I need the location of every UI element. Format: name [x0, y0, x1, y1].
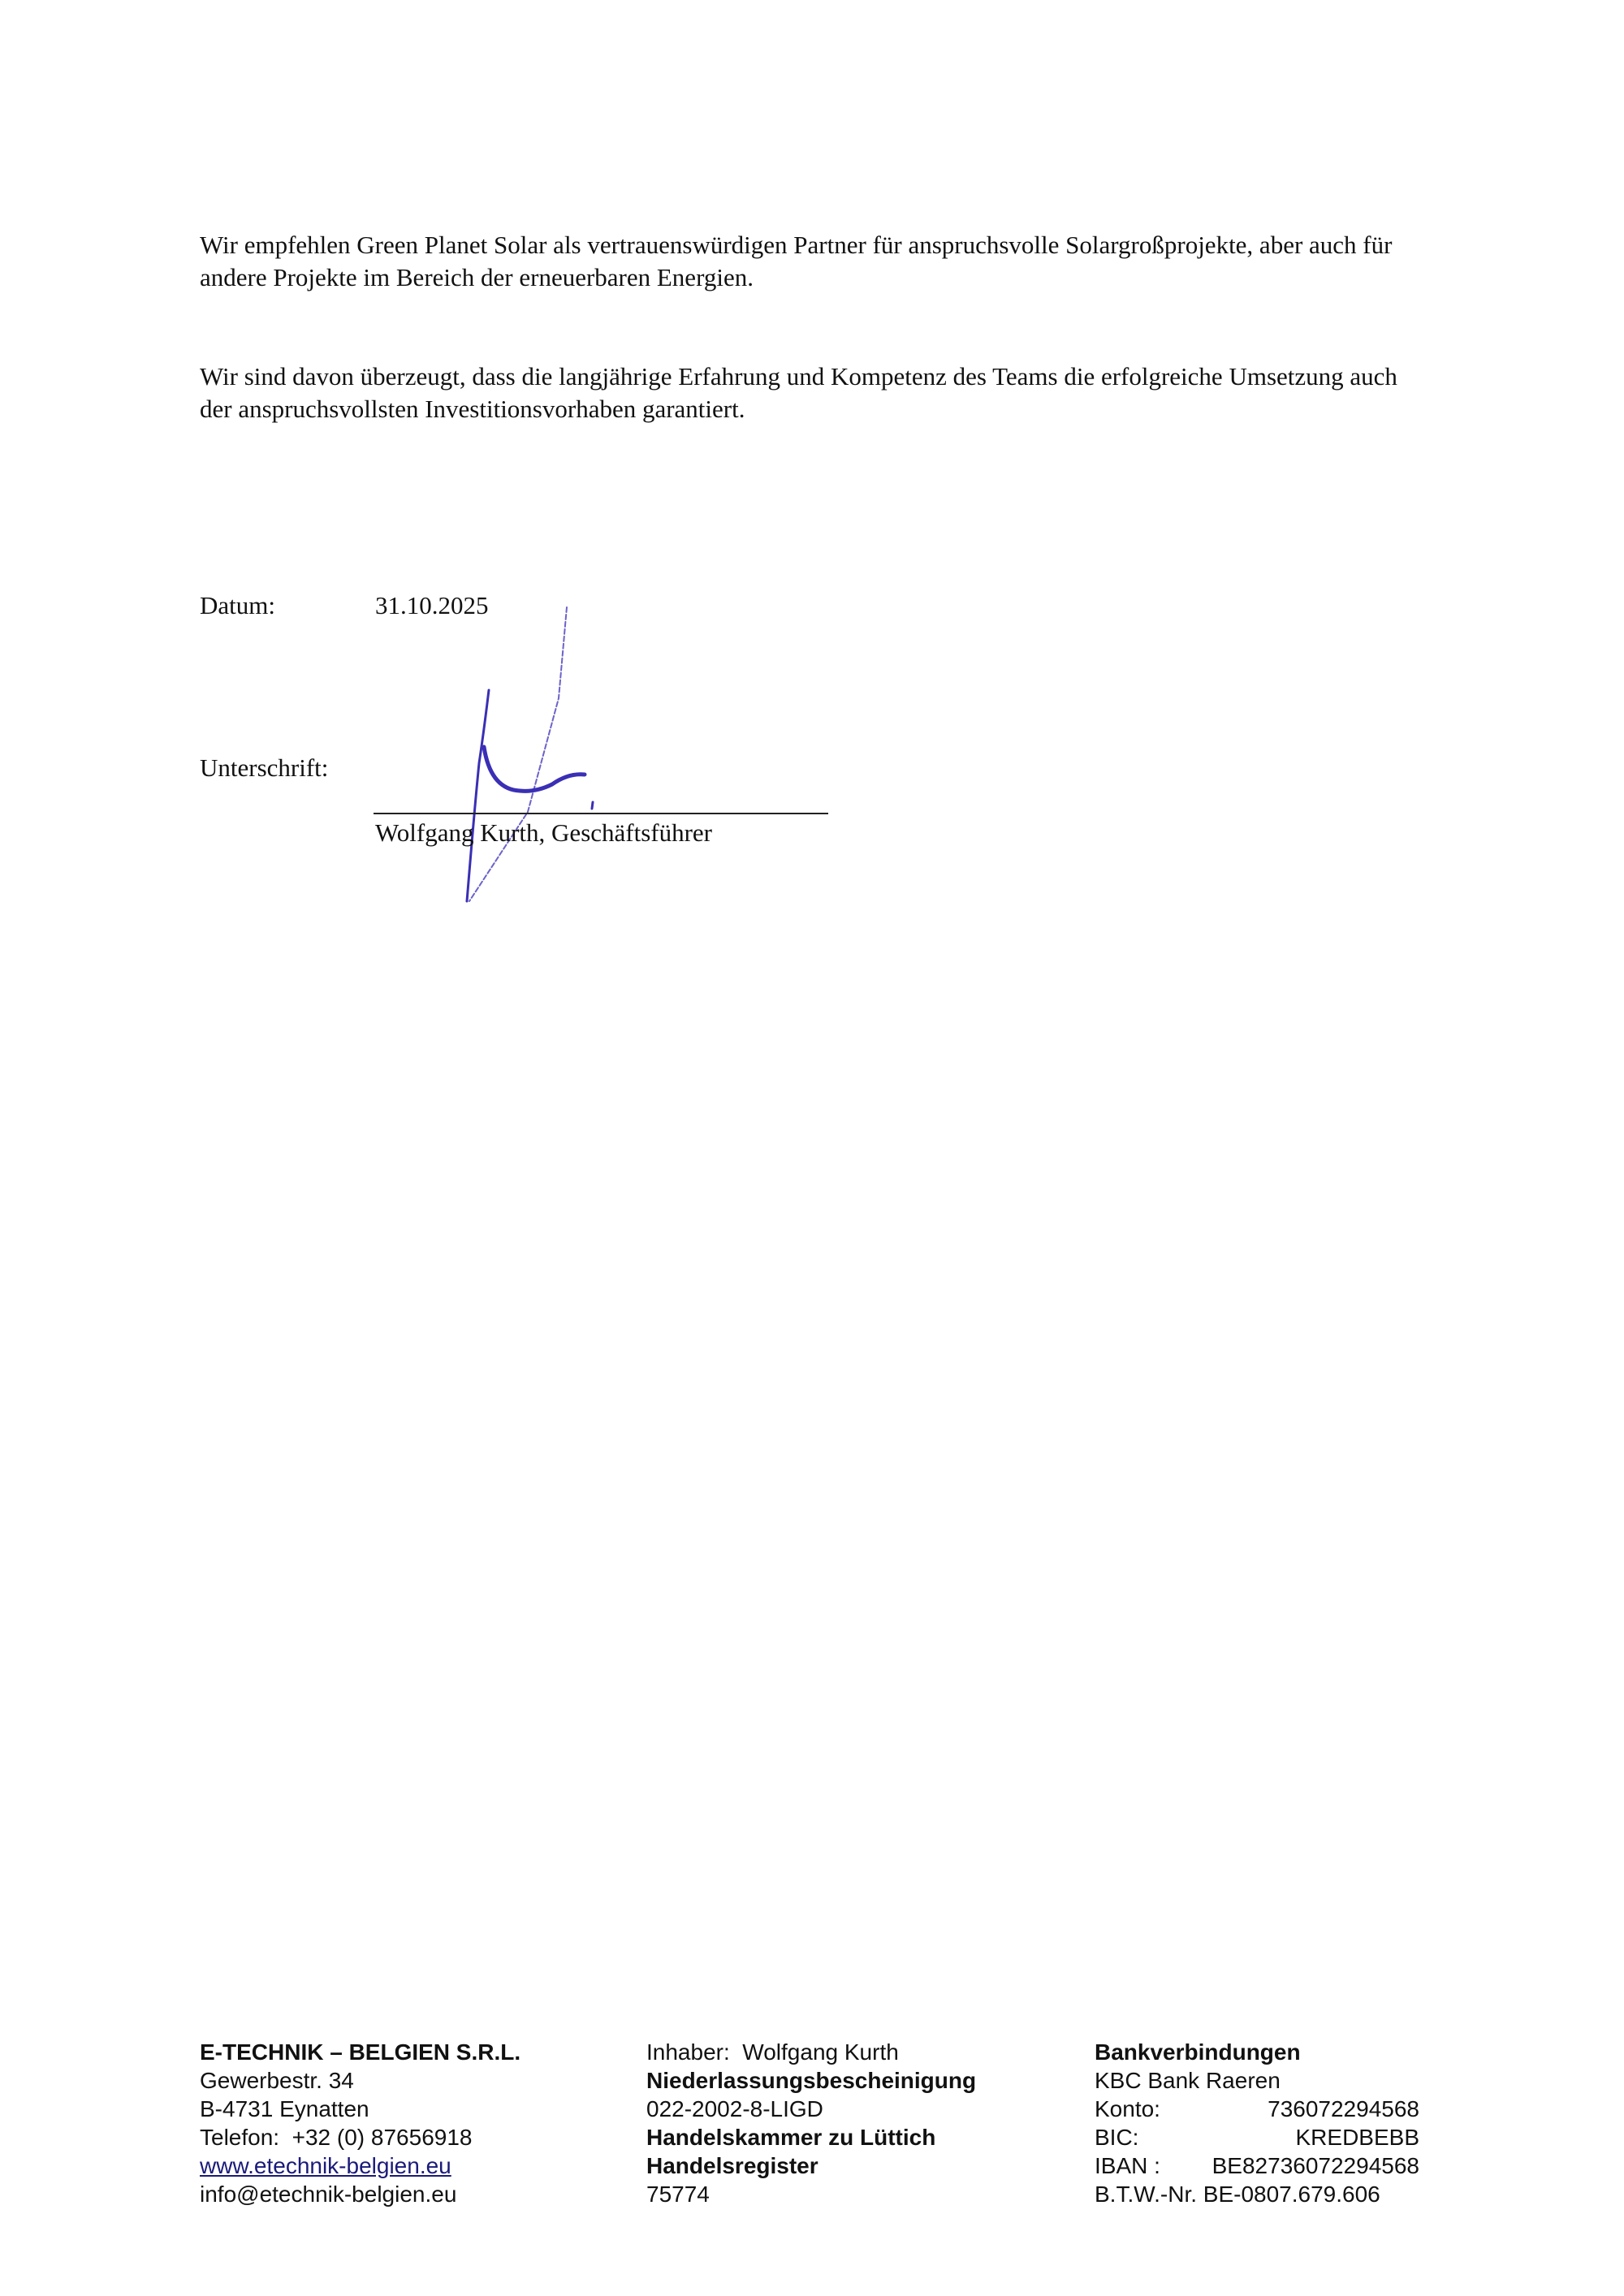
iban-value: BE82736072294568	[1212, 2151, 1419, 2180]
certificate-heading: Niederlassungsbescheinigung	[646, 2066, 976, 2095]
konto-value: 736072294568	[1268, 2095, 1419, 2123]
chamber-of-commerce: Handelskammer zu Lüttich	[646, 2123, 976, 2151]
konto-label: Konto:	[1095, 2095, 1160, 2123]
date-label: Datum:	[200, 589, 275, 622]
footer-bank-block: Bankverbindungen KBC Bank Raeren Konto: …	[1095, 2038, 1419, 2208]
bank-heading: Bankverbindungen	[1095, 2038, 1419, 2066]
footer-company-block: E-TECHNIK – BELGIEN S.R.L. Gewerbestr. 3…	[200, 2038, 520, 2208]
iban-row: IBAN : BE82736072294568	[1095, 2151, 1419, 2180]
bank-name: KBC Bank Raeren	[1095, 2066, 1419, 2095]
signer-name: Wolfgang Kurth, Geschäftsführer	[375, 817, 712, 849]
recommendation-paragraph: Wir empfehlen Green Planet Solar als ver…	[200, 229, 1434, 294]
handwritten-signature	[422, 601, 666, 909]
konto-row: Konto: 736072294568	[1095, 2095, 1419, 2123]
footer-legal-block: Inhaber: Wolfgang Kurth Niederlassungsbe…	[646, 2038, 976, 2208]
register-number: 75774	[646, 2180, 976, 2208]
conviction-paragraph: Wir sind davon überzeugt, dass die langj…	[200, 360, 1434, 425]
company-name: E-TECHNIK – BELGIEN S.R.L.	[200, 2038, 520, 2066]
signature-label: Unterschrift:	[200, 752, 328, 784]
company-street: Gewerbestr. 34	[200, 2066, 520, 2095]
vat-number: B.T.W.-Nr. BE-0807.679.606	[1095, 2180, 1419, 2208]
bic-row: BIC: KREDBEBB	[1095, 2123, 1419, 2151]
company-email: info@etechnik-belgien.eu	[200, 2180, 520, 2208]
certificate-number: 022-2002-8-LIGD	[646, 2095, 976, 2123]
iban-label: IBAN :	[1095, 2151, 1160, 2180]
company-phone: Telefon: +32 (0) 87656918	[200, 2123, 520, 2151]
signature-line	[374, 813, 828, 814]
company-website-link[interactable]: www.etechnik-belgien.eu	[200, 2151, 520, 2180]
bic-value: KREDBEBB	[1296, 2123, 1420, 2151]
owner: Inhaber: Wolfgang Kurth	[646, 2038, 976, 2066]
company-city: B-4731 Eynatten	[200, 2095, 520, 2123]
bic-label: BIC:	[1095, 2123, 1138, 2151]
register-heading: Handelsregister	[646, 2151, 976, 2180]
